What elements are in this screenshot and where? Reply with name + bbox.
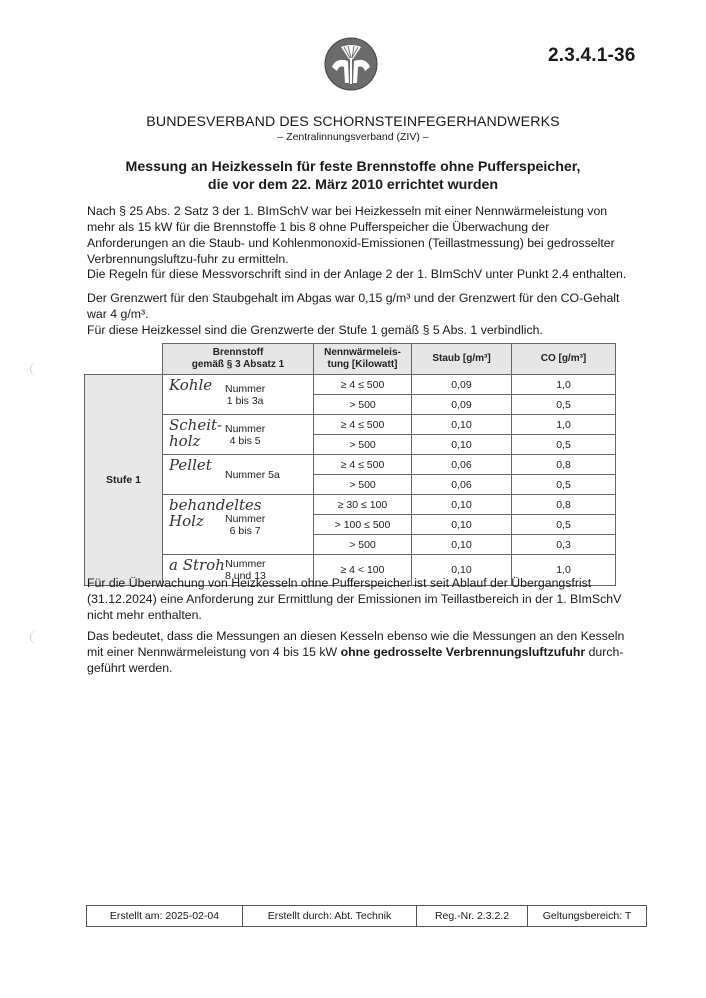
power-cell: > 500	[314, 535, 412, 555]
power-cell: ≥ 4 ≤ 500	[314, 455, 412, 475]
paragraph-limits: Der Grenzwert für den Staubgehalt im Abg…	[87, 290, 632, 322]
power-cell: > 500	[314, 475, 412, 495]
fuel-number-range: 1 bis 3a	[225, 395, 265, 407]
co-cell: 0,8	[512, 455, 616, 475]
co-cell: 0,5	[512, 475, 616, 495]
fuel-number: Nummer 5a	[225, 469, 280, 481]
table-row: behandeltes HolzNummer6 bis 7≥ 30 ≤ 1000…	[85, 495, 616, 515]
handwritten-annotation: behandeltes Holz	[169, 497, 225, 529]
table-header-row: Brennstoff gemäß § 3 Absatz 1 Nennwärmel…	[85, 344, 616, 375]
fuel-cell: Scheit-holzNummer4 bis 5	[163, 415, 314, 455]
header-fuel: Brennstoff gemäß § 3 Absatz 1	[163, 344, 314, 375]
paragraph-rules: Die Regeln für diese Messvorschrift sind…	[87, 266, 632, 282]
zunft-logo-icon	[324, 37, 378, 91]
paragraph-legal-basis: Nach § 25 Abs. 2 Satz 3 der 1. BImSchV w…	[87, 203, 632, 267]
dust-cell: 0,10	[412, 535, 512, 555]
title-line-2: die vor dem 22. März 2010 errichtet wurd…	[0, 176, 706, 194]
stage-cell: Stufe 1	[85, 375, 163, 586]
title-line-1: Messung an Heizkesseln für feste Brennst…	[0, 158, 706, 176]
co-cell: 0,3	[512, 535, 616, 555]
fuel-number: Nummer6 bis 7	[225, 513, 265, 537]
dust-cell: 0,09	[412, 395, 512, 415]
scan-mark	[30, 630, 45, 644]
header-power-line-1: Nennwärmeleis-	[314, 347, 411, 359]
power-cell: > 500	[314, 435, 412, 455]
handwritten-annotation: Pellet	[169, 457, 225, 473]
fuel-number: Nummer1 bis 3a	[225, 383, 265, 407]
organization-subtitle: – Zentralinnungsverband (ZIV) –	[0, 131, 706, 143]
paragraph-consequence: Das bedeutet, dass die Messungen an dies…	[87, 628, 632, 676]
dust-cell: 0,10	[412, 435, 512, 455]
co-cell: 1,0	[512, 415, 616, 435]
header-fuel-line-2: gemäß § 3 Absatz 1	[163, 359, 313, 371]
dust-cell: 0,06	[412, 475, 512, 495]
handwritten-annotation: Scheit-holz	[169, 417, 225, 449]
power-cell: ≥ 4 ≤ 500	[314, 415, 412, 435]
paragraph-stage: Für diese Heizkessel sind die Grenzwerte…	[87, 322, 632, 338]
limit-values-table: Brennstoff gemäß § 3 Absatz 1 Nennwärmel…	[84, 343, 616, 586]
header-dust: Staub [g/m³]	[412, 344, 512, 375]
document-title: Messung an Heizkesseln für feste Brennst…	[0, 158, 706, 194]
dust-cell: 0,10	[412, 515, 512, 535]
co-cell: 0,5	[512, 435, 616, 455]
header-power: Nennwärmeleis- tung [Kilowatt]	[314, 344, 412, 375]
dust-cell: 0,09	[412, 375, 512, 395]
co-cell: 0,8	[512, 495, 616, 515]
fuel-number-range: 6 bis 7	[225, 525, 265, 537]
power-cell: ≥ 30 ≤ 100	[314, 495, 412, 515]
dust-cell: 0,06	[412, 455, 512, 475]
dust-cell: 0,10	[412, 495, 512, 515]
handwritten-annotation: Kohle	[169, 377, 225, 393]
footer-reg-nr: Reg.-Nr. 2.3.2.2	[417, 906, 528, 927]
fuel-cell: PelletNummer 5a	[163, 455, 314, 495]
handwritten-annotation: a Stroh	[169, 557, 225, 573]
fuel-number-label: Nummer	[225, 558, 266, 570]
paragraph-transition: Für die Überwachung von Heizkesseln ohne…	[87, 575, 632, 623]
fuel-number-label: Nummer 5a	[225, 469, 280, 481]
fuel-number: Nummer4 bis 5	[225, 423, 265, 447]
power-cell: > 100 ≤ 500	[314, 515, 412, 535]
table-row: Scheit-holzNummer4 bis 5≥ 4 ≤ 5000,101,0	[85, 415, 616, 435]
document-number: 2.3.4.1-36	[548, 45, 636, 67]
co-cell: 0,5	[512, 395, 616, 415]
fuel-cell: behandeltes HolzNummer6 bis 7	[163, 495, 314, 555]
footer-created-on: Erstellt am: 2025-02-04	[87, 906, 243, 927]
footer-table: Erstellt am: 2025-02-04 Erstellt durch: …	[86, 905, 647, 927]
fuel-number-label: Nummer	[225, 423, 265, 435]
scan-mark	[30, 362, 45, 376]
co-cell: 1,0	[512, 375, 616, 395]
power-cell: > 500	[314, 395, 412, 415]
footer-scope: Geltungsbereich: T	[528, 906, 647, 927]
header-power-line-2: tung [Kilowatt]	[314, 359, 411, 371]
dust-cell: 0,10	[412, 415, 512, 435]
organization-name: BUNDESVERBAND DES SCHORNSTEINFEGERHANDWE…	[0, 114, 706, 130]
header-fuel-line-1: Brennstoff	[163, 347, 313, 359]
fuel-cell: KohleNummer1 bis 3a	[163, 375, 314, 415]
power-cell: ≥ 4 ≤ 500	[314, 375, 412, 395]
fuel-number-label: Nummer	[225, 383, 265, 395]
table-row: PelletNummer 5a≥ 4 ≤ 5000,060,8	[85, 455, 616, 475]
p6-bold-text: ohne gedrosselte Verbrennungsluftzufuhr	[341, 645, 586, 659]
table-row: Stufe 1KohleNummer1 bis 3a≥ 4 ≤ 5000,091…	[85, 375, 616, 395]
fuel-number-label: Nummer	[225, 513, 265, 525]
co-cell: 0,5	[512, 515, 616, 535]
table-corner	[85, 344, 163, 375]
footer-created-by: Erstellt durch: Abt. Technik	[243, 906, 417, 927]
header-co: CO [g/m³]	[512, 344, 616, 375]
fuel-number-range: 4 bis 5	[225, 435, 265, 447]
